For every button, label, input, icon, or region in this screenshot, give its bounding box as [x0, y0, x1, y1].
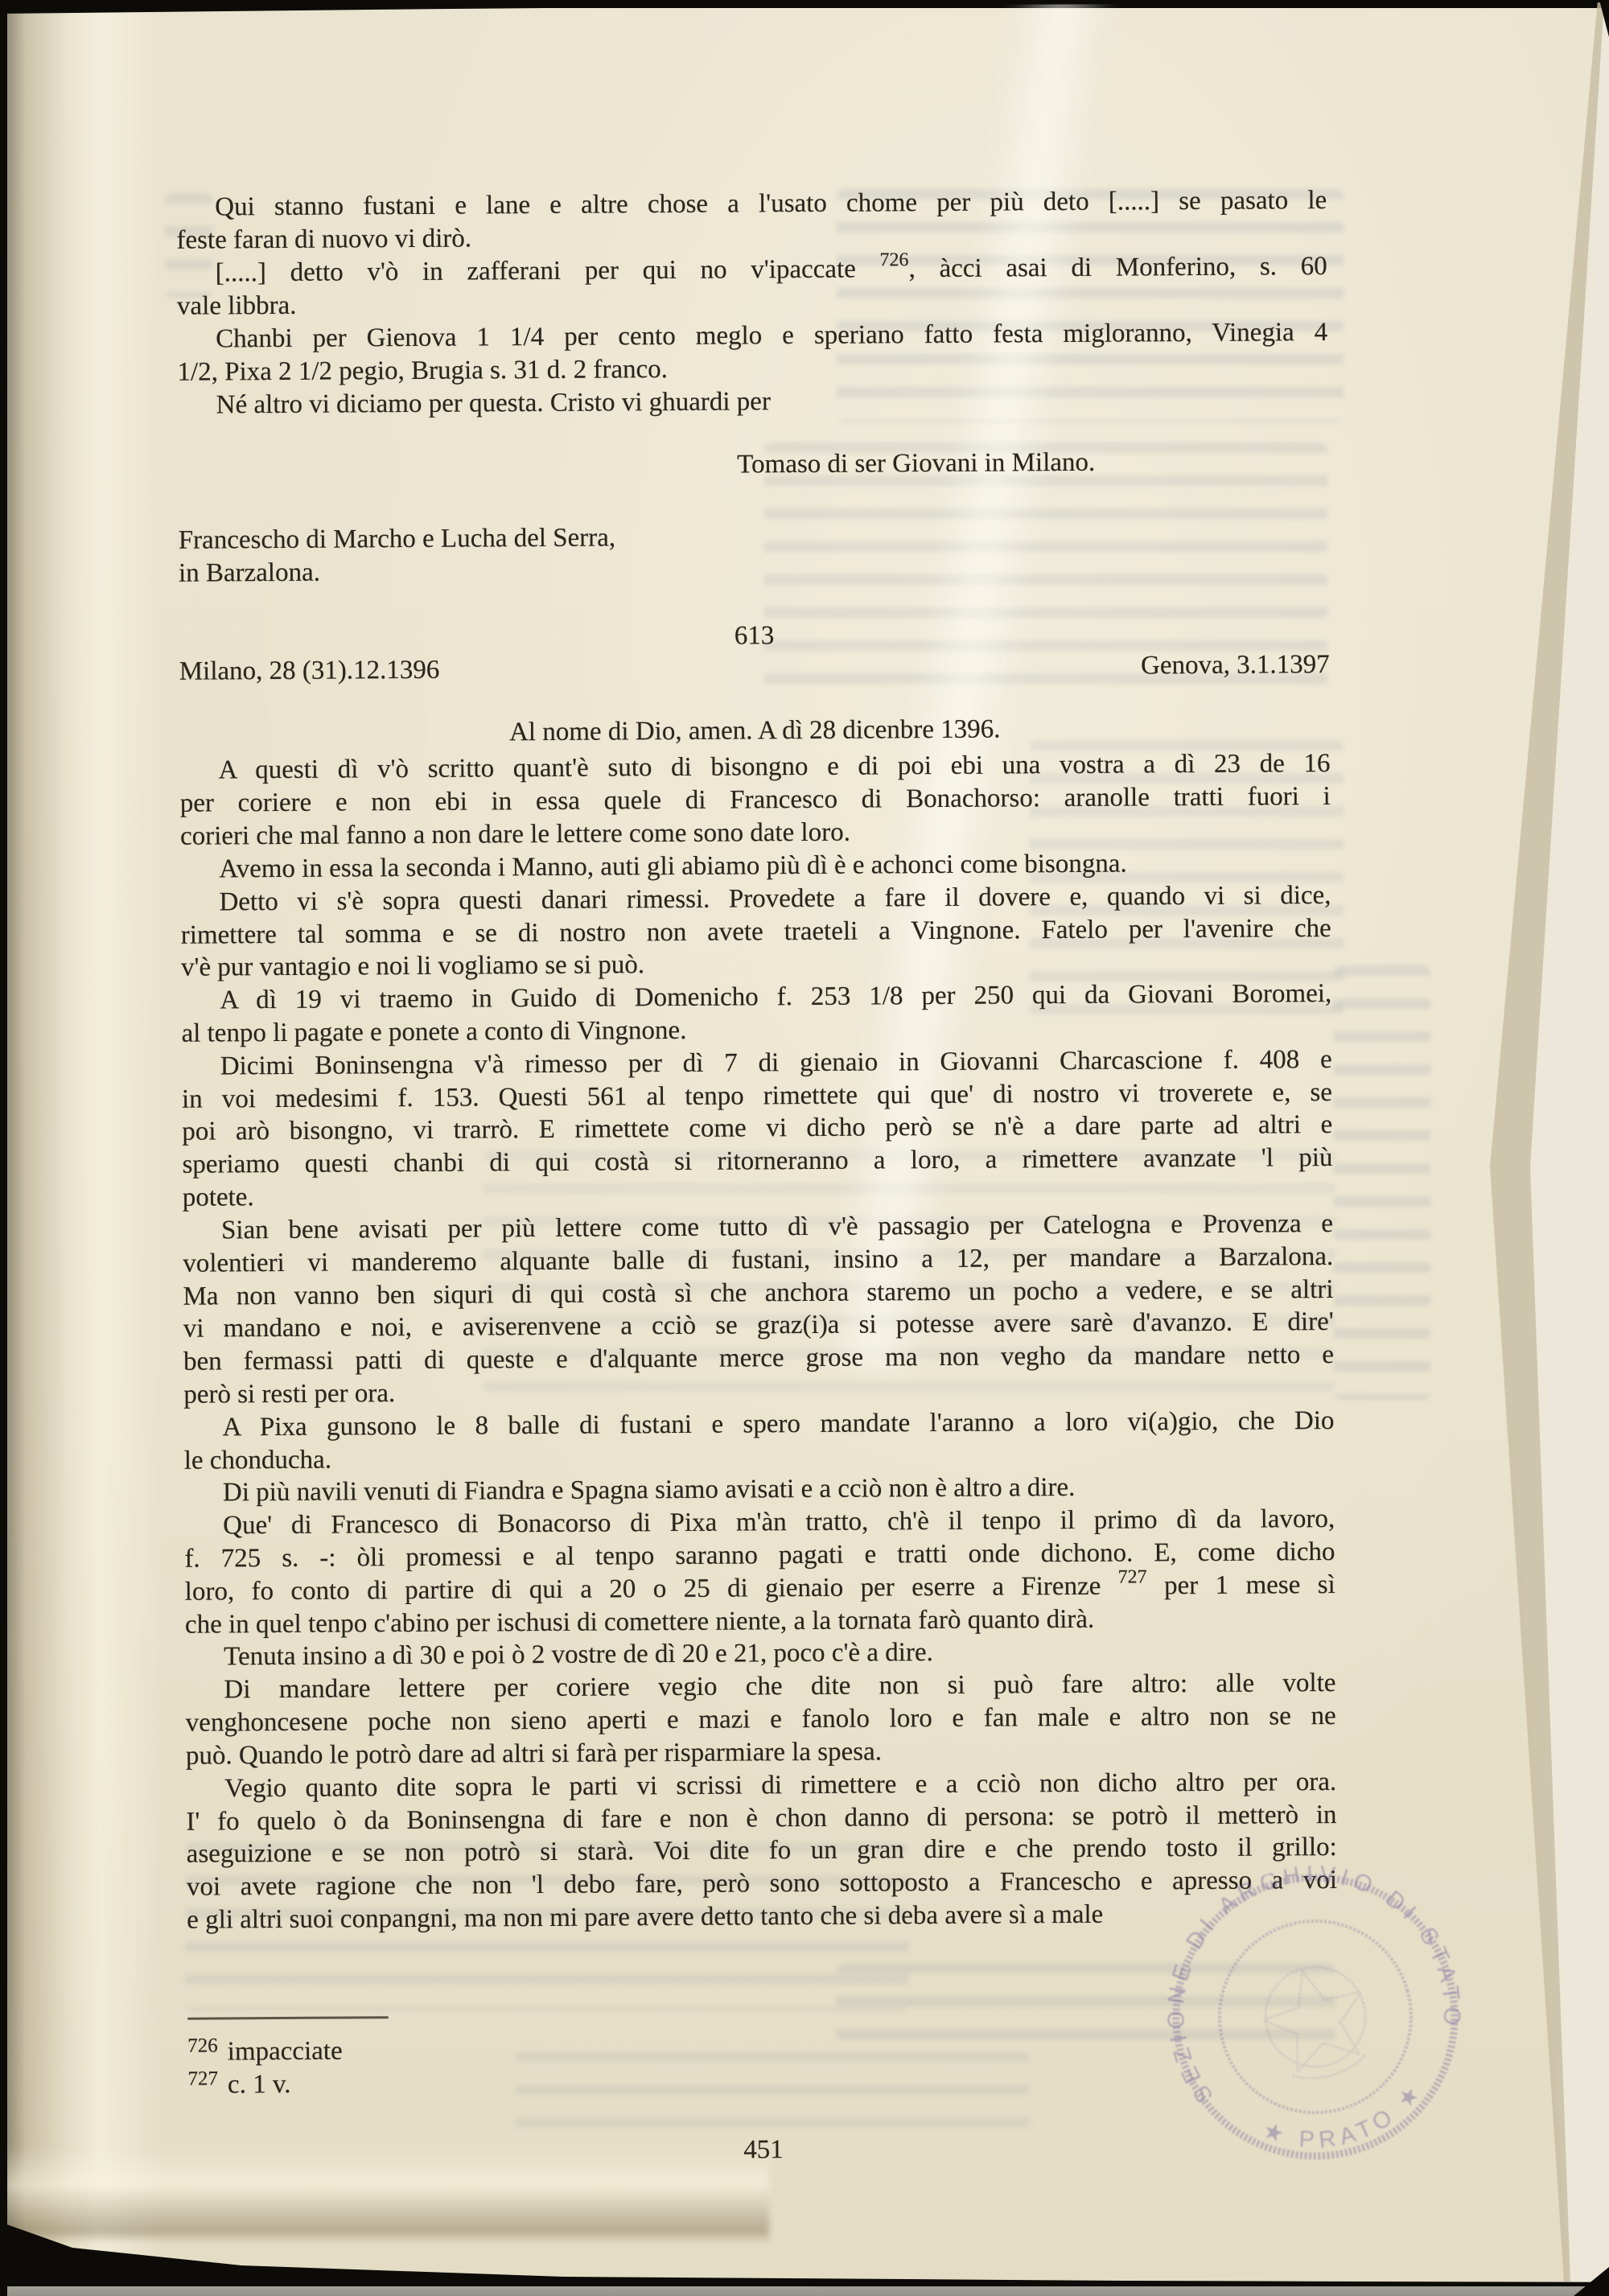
letter-signature: Tomaso di ser Giovani in Milano.: [178, 445, 1328, 485]
text-layer: Qui stanno fustani e lane e altre chose …: [0, 0, 1609, 2296]
line-part: per 1 mese sì: [1147, 1570, 1335, 1600]
line-part: loro, fo conto di partire di qui a 20 o …: [185, 1572, 1118, 1607]
date-place-left: Milano, 28 (31).12.1396: [179, 654, 440, 689]
footnote-number: 727: [187, 2068, 218, 2089]
footnote-text: impacciate: [228, 2037, 343, 2067]
footnote-text: c. 1 v.: [228, 2070, 291, 2099]
footnote: 727c. 1 v.: [187, 2062, 1338, 2104]
footnote-ref-727: 727: [1118, 1566, 1147, 1587]
page-number: 451: [188, 2130, 1339, 2171]
line-part: [.....] detto v'ò in zafferani per qui n…: [216, 254, 880, 287]
date-place-right: Genova, 3.1.1397: [1141, 648, 1330, 682]
text-line: Né altro vi diciamo per questa. Cristo v…: [178, 382, 1328, 422]
line-part: , àcci asai di Monferino, s. 60: [908, 252, 1327, 283]
footnote-number: 726: [187, 2035, 218, 2056]
text-line: e gli altri suoi conpangni, ma non mi pa…: [187, 1897, 1337, 1937]
salutation: Al nome di Dio, amen. A dì 28 dicenbre 1…: [179, 711, 1330, 751]
date-line: Milano, 28 (31).12.1396Genova, 3.1.1397: [179, 648, 1330, 689]
footnote-ref-726: 726: [879, 249, 908, 270]
addressee-line: in Barzalona.: [179, 550, 1329, 590]
scanned-book-page: Qui stanno fustani e lane e altre chose …: [0, 0, 1609, 2296]
footnote-rule: [187, 2016, 389, 2020]
